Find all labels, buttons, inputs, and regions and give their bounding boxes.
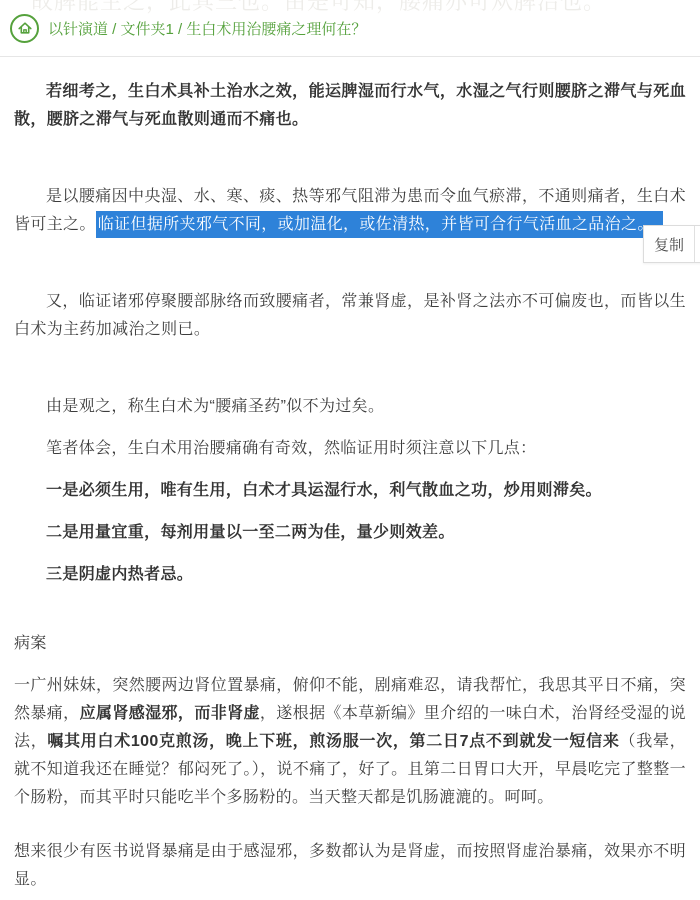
copy-button[interactable]: 复制	[644, 226, 694, 262]
paragraph-theory-1: 若细考之，生白术具补土治水之效，能运脾湿而行水气，水湿之气行则腰脐之滞气与死血散…	[14, 78, 686, 134]
paragraph-note-3: 三是阴虚内热者忌。	[14, 561, 686, 589]
article-content: 若细考之，生白术具补土治水之效，能运脾湿而行水气，水湿之气行则腰脐之滞气与死血散…	[0, 57, 700, 894]
paragraph-note-2: 二是用量宜重，每剂用量以一至二两为佳，量少则效差。	[14, 519, 686, 547]
paragraph-closing-remark: 想来很少有医书说肾暴痛是由于感湿邪，多数都认为是肾虚，而按照肾虚治暴痛，效果亦不…	[14, 838, 686, 894]
case-text-bold: 嘱其用白术100克煎汤，晚上下班，煎汤服一次，第二日7点不到就发一短信来	[47, 733, 619, 750]
breadcrumb[interactable]: 以针演道 / 文件夹1 / 生白术用治腰痛之理何在？	[48, 18, 366, 39]
paragraph-conclusion: 由是观之，称生白术为“腰痛圣药”似不为过矣。	[14, 393, 686, 421]
selected-text: 临证但据所夹邪气不同，或加温化，或佐清热，并皆可合行气活血之品治之。	[96, 211, 663, 238]
selection-toolbar: 复制	[643, 225, 700, 263]
paragraph-note-1: 一是必须生用，唯有生用，白术才具运湿行水，利气散血之功，炒用则滞矣。	[14, 477, 686, 505]
top-bar: 以针演道 / 文件夹1 / 生白术用治腰痛之理何在？	[0, 0, 700, 57]
house-glyph	[17, 20, 33, 36]
case-heading: 病案	[14, 630, 686, 658]
toolbar-clipped-area	[695, 226, 700, 262]
paragraph-author-notes-intro: 笔者体会，生白术用治腰痛确有奇效，然临证用时须注意以下几点：	[14, 435, 686, 463]
home-icon[interactable]	[10, 14, 39, 43]
paragraph-theory-3: 又，临证诸邪停聚腰部脉络而致腰痛者，常兼肾虚，是补肾之法亦不可偏废也，而皆以生白…	[14, 288, 686, 344]
paragraph-case-report: 一广州妹妹，突然腰两边肾位置暴痛，俯仰不能，剧痛难忍，请我帮忙，我思其平日不痛，…	[14, 672, 686, 812]
paragraph-theory-2: 是以腰痛因中央湿、水、寒、痰、热等邪气阻滞为患而令血气瘀滞，不通则痛者，生白术皆…	[14, 183, 686, 239]
case-text-bold: 应属肾感湿邪，而非肾虚	[80, 705, 260, 722]
